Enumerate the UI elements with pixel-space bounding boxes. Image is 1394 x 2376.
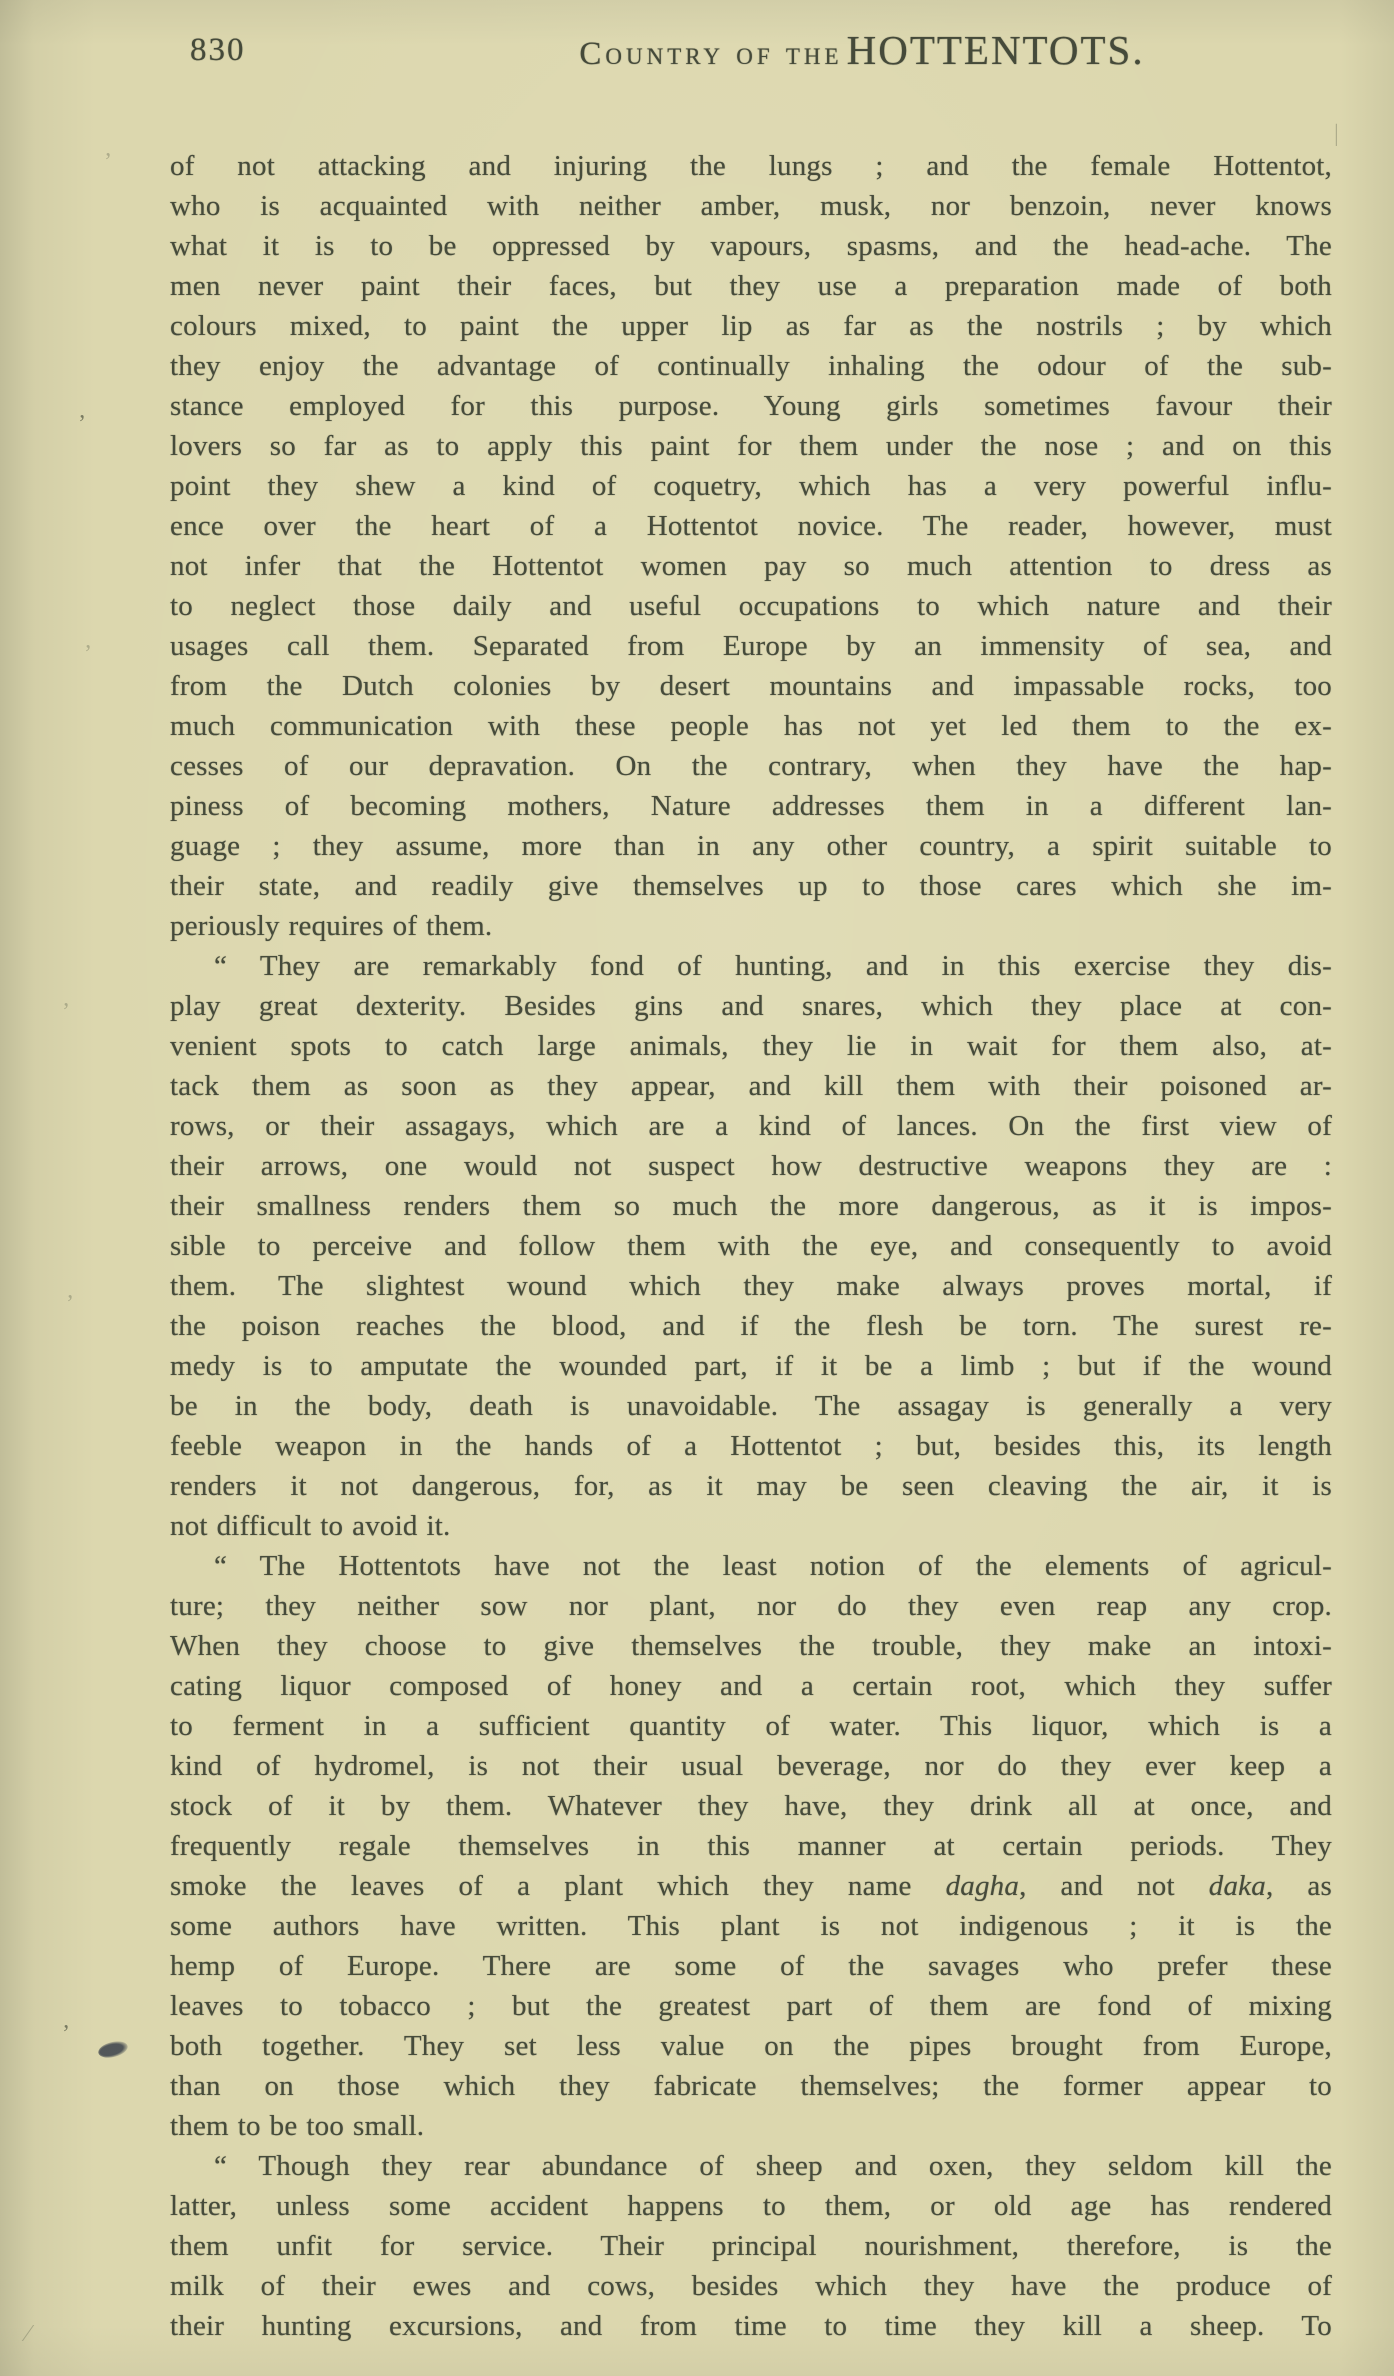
- text-line: “ The Hottentots have not the least noti…: [170, 1546, 1332, 1586]
- running-header: 830 Country of the HOTTENTOTS.: [0, 26, 1394, 86]
- paragraph: “ Though they rear abundance of sheep an…: [170, 2146, 1332, 2346]
- text-line: smoke the leaves of a plant which they n…: [170, 1866, 1332, 1906]
- text-line: latter, unless some accident happens to …: [170, 2186, 1332, 2226]
- italic-term: dagha: [946, 1870, 1020, 1902]
- text-line: ence over the heart of a Hottentot novic…: [170, 506, 1332, 546]
- page-title: Country of the HOTTENTOTS.: [579, 26, 1144, 74]
- text-segment: smoke the leaves of a plant which they n…: [170, 1870, 946, 1902]
- text-line: stance employed for this purpose. Young …: [170, 386, 1332, 426]
- text-line: “ Though they rear abundance of sheep an…: [170, 2146, 1332, 2186]
- text-line: frequently regale themselves in this man…: [170, 1826, 1332, 1866]
- text-line: them unfit for service. Their principal …: [170, 2226, 1332, 2266]
- ink-speck-mark: ’: [66, 1292, 74, 1316]
- text-line: When they choose to give themselves the …: [170, 1626, 1332, 1666]
- text-line: cating liquor composed of honey and a ce…: [170, 1666, 1332, 1706]
- text-line: their arrows, one would not suspect how …: [170, 1146, 1332, 1186]
- text-line: hemp of Europe. There are some of the sa…: [170, 1946, 1332, 1986]
- text-line: renders it not dangerous, for, as it may…: [170, 1466, 1332, 1506]
- text-line: venient spots to catch large animals, th…: [170, 1026, 1332, 1066]
- text-line: stock of it by them. Whatever they have,…: [170, 1786, 1332, 1826]
- text-line: what it is to be oppressed by vapours, s…: [170, 226, 1332, 266]
- text-line: piness of becoming mothers, Nature addre…: [170, 786, 1332, 826]
- text-line: who is acquainted with neither amber, mu…: [170, 186, 1332, 226]
- ink-speck-mark: ’: [104, 150, 112, 174]
- text-line: “ They are remarkably fond of hunting, a…: [170, 946, 1332, 986]
- text-segment: , and not: [1019, 1870, 1209, 1902]
- text-line: their smallness renders them so much the…: [170, 1186, 1332, 1226]
- text-line: their state, and readily give themselves…: [170, 866, 1332, 906]
- text-line: than on those which they fabricate thems…: [170, 2066, 1332, 2106]
- text-segment: , as: [1266, 1870, 1332, 1902]
- text-line: play great dexterity. Besides gins and s…: [170, 986, 1332, 1026]
- text-line: colours mixed, to paint the upper lip as…: [170, 306, 1332, 346]
- text-line: to ferment in a sufficient quantity of w…: [170, 1706, 1332, 1746]
- page-body: of not attacking and injuring the lungs …: [170, 146, 1332, 2346]
- text-line: leaves to tobacco ; but the greatest par…: [170, 1986, 1332, 2026]
- text-line: lovers so far as to apply this paint for…: [170, 426, 1332, 466]
- text-line: much communication with these people has…: [170, 706, 1332, 746]
- text-line: sible to perceive and follow them with t…: [170, 1226, 1332, 1266]
- text-line: men never paint their faces, but they us…: [170, 266, 1332, 306]
- text-line: ture; they neither sow nor plant, nor do…: [170, 1586, 1332, 1626]
- text-line: cesses of our depravation. On the contra…: [170, 746, 1332, 786]
- text-line: guage ; they assume, more than in any ot…: [170, 826, 1332, 866]
- text-line: milk of their ewes and cows, besides whi…: [170, 2266, 1332, 2306]
- text-line: of not attacking and injuring the lungs …: [170, 146, 1332, 186]
- italic-term: daka: [1209, 1870, 1266, 1902]
- text-line: them to be too small.: [170, 2106, 1332, 2146]
- text-line: the poison reaches the blood, and if the…: [170, 1306, 1332, 1346]
- text-line: medy is to amputate the wounded part, if…: [170, 1346, 1332, 1386]
- text-line: from the Dutch colonies by desert mounta…: [170, 666, 1332, 706]
- page-number: 830: [190, 32, 246, 69]
- text-line: usages call them. Separated from Europe …: [170, 626, 1332, 666]
- text-line: tack them as soon as they appear, and ki…: [170, 1066, 1332, 1106]
- paragraph: “ The Hottentots have not the least noti…: [170, 1546, 1332, 2146]
- paragraph: of not attacking and injuring the lungs …: [170, 146, 1332, 946]
- text-line: them. The slightest wound which they mak…: [170, 1266, 1332, 1306]
- text-line: feeble weapon in the hands of a Hottento…: [170, 1426, 1332, 1466]
- text-line: not difficult to avoid it.: [170, 1506, 1332, 1546]
- ink-speck-mark: ’: [78, 412, 86, 436]
- text-line: their hunting excursions, and from time …: [170, 2306, 1332, 2346]
- ink-speck-mark: ’: [84, 642, 92, 666]
- text-line: periously requires of them.: [170, 906, 1332, 946]
- text-line: kind of hydromel, is not their usual bev…: [170, 1746, 1332, 1786]
- book-page: 830 Country of the HOTTENTOTS. of not at…: [0, 0, 1394, 2376]
- text-line: some authors have written. This plant is…: [170, 1906, 1332, 1946]
- ink-speck-mark: |: [1334, 122, 1339, 146]
- text-line: point they shew a kind of coquetry, whic…: [170, 466, 1332, 506]
- text-line: rows, or their assagays, which are a kin…: [170, 1106, 1332, 1146]
- text-line: be in the body, death is unavoidable. Th…: [170, 1386, 1332, 1426]
- paragraph: “ They are remarkably fond of hunting, a…: [170, 946, 1332, 1546]
- page-title-small-caps: Country of the: [579, 36, 842, 72]
- ink-speck-mark: ⁄: [26, 2322, 30, 2346]
- ink-blot-mark: [97, 2039, 130, 2061]
- page-title-large-caps: HOTTENTOTS.: [847, 27, 1145, 73]
- text-line: not infer that the Hottentot women pay s…: [170, 546, 1332, 586]
- ink-speck-mark: ’: [62, 1000, 70, 1024]
- ink-speck-mark: ’: [62, 2022, 70, 2046]
- text-line: they enjoy the advantage of continually …: [170, 346, 1332, 386]
- text-line: both together. They set less value on th…: [170, 2026, 1332, 2066]
- text-line: to neglect those daily and useful occupa…: [170, 586, 1332, 626]
